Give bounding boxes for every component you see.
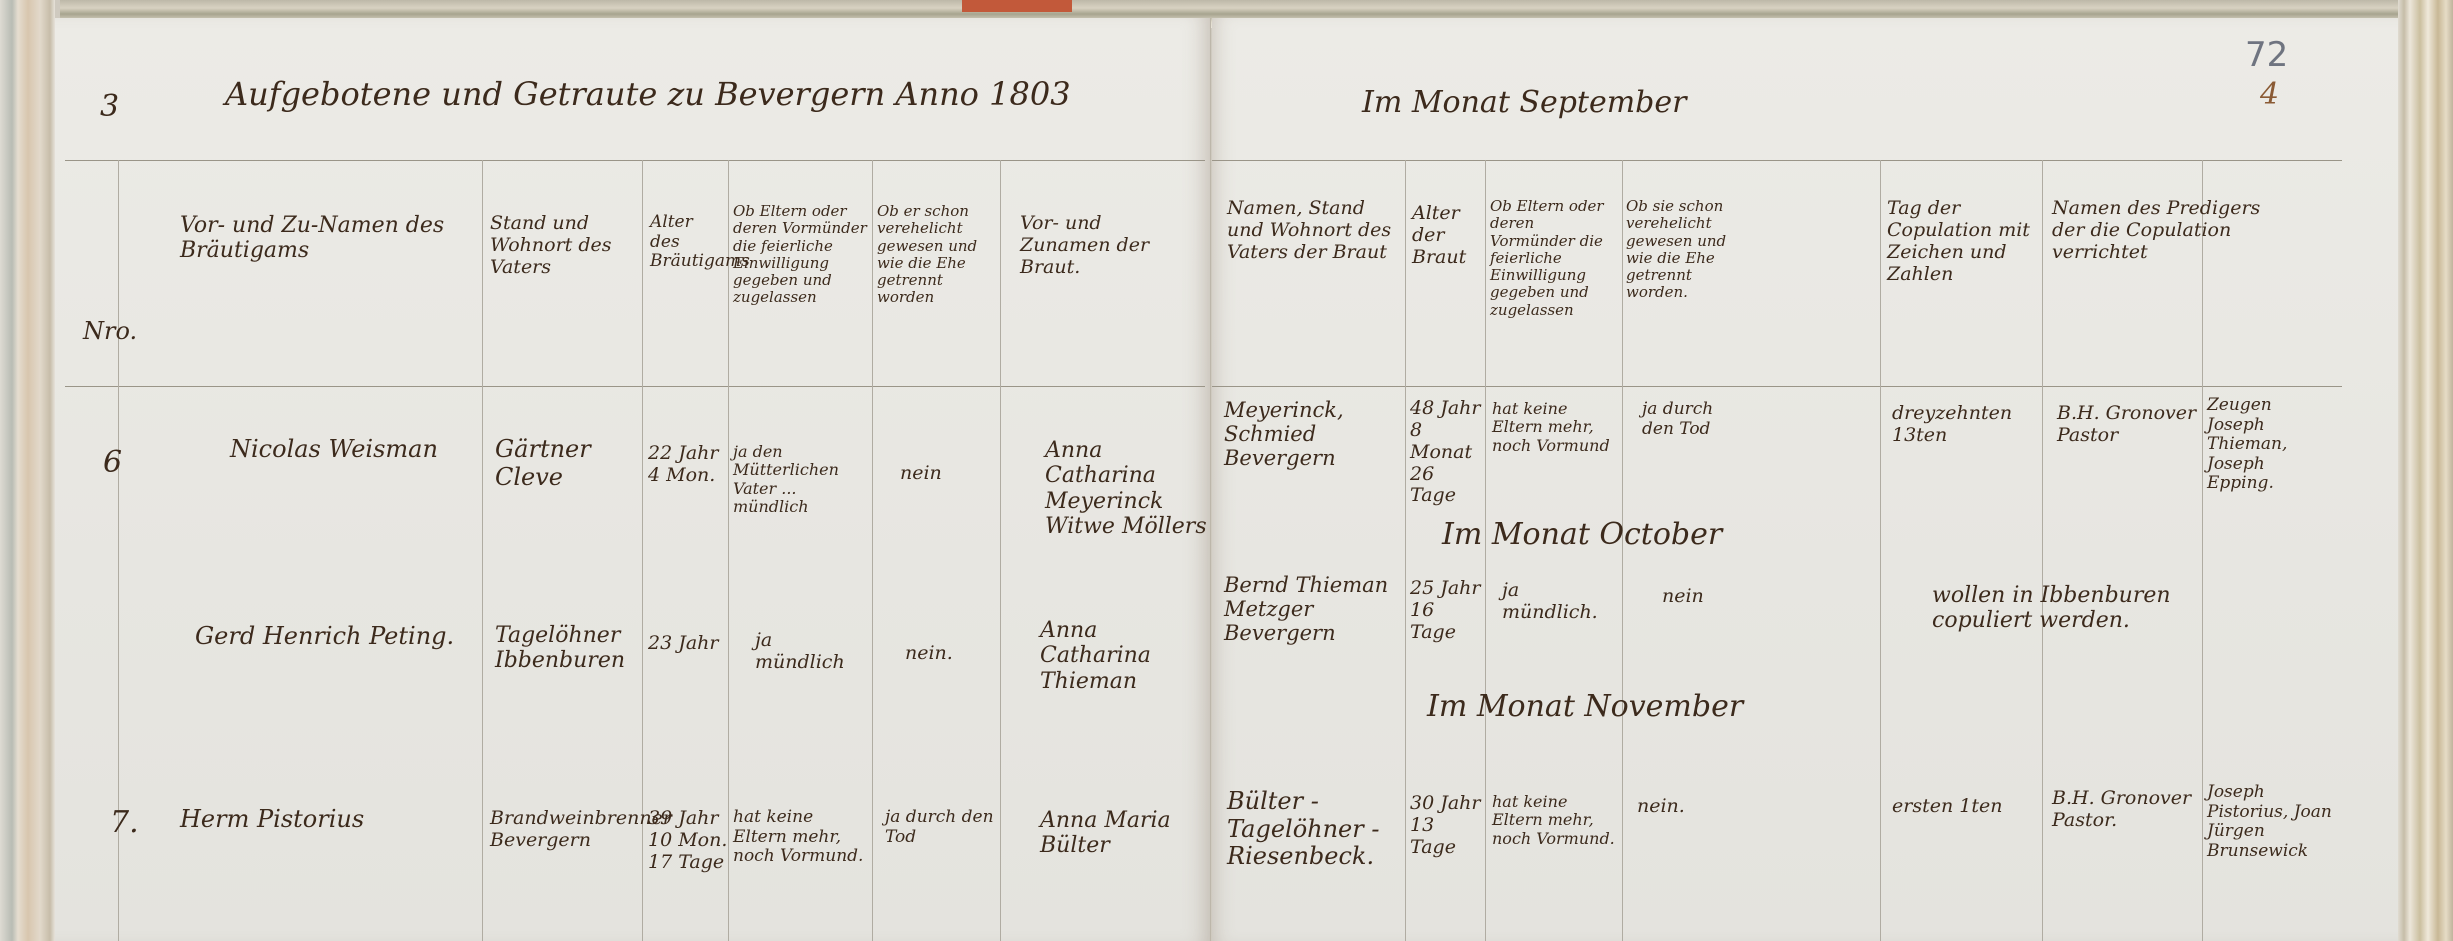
entry-father: Brandweinbrenner Bevergern <box>490 808 640 852</box>
entry-bride-father: Meyerinck, Schmied Bevergern <box>1224 398 1404 470</box>
right-page-number: 4 <box>2260 78 2279 113</box>
col-header-bride-father: Namen, Stand und Wohnort des Vaters der … <box>1227 198 1397 264</box>
entry-groom: Nicolas Weisman <box>230 436 470 464</box>
entry-priest: B.H. Gronover Pastor <box>2057 403 2197 447</box>
entry-groom-age: 39 Jahr 10 Mon. 17 Tage <box>648 808 728 874</box>
entry-consent: hat keine Eltern mehr, noch Vormund. <box>733 808 868 867</box>
entry-nro: 7. <box>110 806 139 841</box>
entry-bride-father: Bernd Thieman Metzger Bevergern <box>1224 573 1409 645</box>
entry-bride-consent: ja mündlich. <box>1502 580 1612 624</box>
entry-bride-prev-married: nein. <box>1637 796 1685 818</box>
column-divider <box>1405 160 1406 941</box>
entry-bride-consent: hat keine Eltern mehr, noch Vormund <box>1492 400 1620 455</box>
column-divider <box>1880 160 1881 941</box>
entry-father: Tagelöhner Ibbenburen <box>495 623 640 674</box>
col-header-father-status: Stand und Wohnort des Vaters <box>490 213 635 279</box>
column-divider <box>1000 160 1001 941</box>
entry-bride-prev-married: nein <box>1662 586 1704 608</box>
entry-priest: B.H. Gronover Pastor. <box>2052 788 2197 832</box>
col-header-bride-name: Vor- und Zunamen der Braut. <box>1020 213 1190 279</box>
col-header-bride-age: Alter der Braut <box>1412 203 1482 269</box>
column-divider <box>2202 160 2203 941</box>
book-left-edge <box>0 0 55 941</box>
col-header-groom-age: Alter des Bräutigams <box>650 213 725 272</box>
entry-bride: Anna Maria Bülter <box>1040 808 1205 859</box>
archive-folio-number: 72 <box>2245 36 2288 75</box>
entry-witnesses: Zeugen Joseph Thieman, Joseph Epping. <box>2207 396 2327 494</box>
header-top-rule <box>1212 160 2342 161</box>
entry-groom-prev-married: ja durch den Tod <box>885 808 995 847</box>
column-divider <box>482 160 483 941</box>
header-bottom-rule <box>65 386 1205 387</box>
entry-copulation-date: dreyzehnten 13ten <box>1892 403 2037 447</box>
col-header-nro: Nro. <box>83 318 137 346</box>
col-header-copulation-date: Tag der Copulation mit Zeichen und Zahle… <box>1887 198 2037 285</box>
column-divider <box>728 160 729 941</box>
col-header-bride-consent: Ob Eltern oder deren Vormünder die feier… <box>1490 198 1618 319</box>
entry-copulation-note: wollen in Ibbenburen copuliert werden. <box>1932 583 2232 634</box>
red-bookmark-tab <box>962 0 1072 12</box>
entry-groom-prev-married: nein. <box>905 643 953 665</box>
col-header-groom-name: Vor- und Zu-Namen des Bräutigams <box>180 213 470 264</box>
entry-copulation-date: ersten 1ten <box>1892 796 2037 818</box>
entry-bride-age: 30 Jahr 13 Tage <box>1410 793 1485 859</box>
entry-bride: Anna Catharina Meyerinck Witwe Möllers <box>1045 438 1210 539</box>
right-page: 72 4 Im Monat September Namen, Stand und… <box>1212 18 2398 941</box>
entry-bride-consent: hat keine Eltern mehr, noch Vormund. <box>1492 793 1620 848</box>
entry-groom: Gerd Henrich Peting. <box>195 623 465 651</box>
page-heading: Aufgebotene und Getraute zu Bevergern An… <box>225 76 1071 113</box>
left-page-number: 3 <box>100 90 119 125</box>
entry-consent: ja den Mütterlichen Vater ... mündlich <box>733 443 868 517</box>
col-header-prev-married: Ob er schon verehelicht gewesen und wie … <box>877 203 997 307</box>
entry-bride-age: 48 Jahr 8 Monat 26 Tage <box>1410 398 1485 507</box>
col-header-consent: Ob Eltern oder deren Vormünder die feier… <box>733 203 868 307</box>
month-heading-october: Im Monat October <box>1442 518 1722 553</box>
col-header-priest: Namen des Predigers der die Copulation v… <box>2052 198 2272 264</box>
entry-groom-age: 22 Jahr 4 Mon. <box>648 443 728 487</box>
entry-groom: Herm Pistorius <box>180 806 364 834</box>
column-divider <box>872 160 873 941</box>
entry-nro: 6 <box>103 446 122 481</box>
entry-consent: ja mündlich <box>755 630 865 674</box>
left-page: 3 Aufgebotene und Getraute zu Bevergern … <box>55 18 1211 941</box>
month-heading-november: Im Monat November <box>1427 690 1743 725</box>
header-top-rule <box>65 160 1205 161</box>
column-divider <box>2042 160 2043 941</box>
entry-bride-prev-married: ja durch den Tod <box>1642 400 1742 439</box>
entry-groom-prev-married: nein <box>900 463 942 485</box>
entry-groom-age: 23 Jahr <box>648 633 718 655</box>
entry-bride: Anna Catharina Thieman <box>1040 618 1205 694</box>
entry-father: Gärtner Cleve <box>495 436 640 491</box>
month-heading-september: Im Monat September <box>1362 86 1686 121</box>
entry-witnesses: Joseph Pistorius, Joan Jürgen Brunsewick <box>2207 783 2332 861</box>
header-bottom-rule <box>1212 386 2342 387</box>
entry-bride-age: 25 Jahr 16 Tage <box>1410 578 1485 644</box>
open-register-book: 3 Aufgebotene und Getraute zu Bevergern … <box>0 0 2453 941</box>
col-header-bride-prev-married: Ob sie schon verehelicht gewesen und wie… <box>1626 198 1746 302</box>
book-right-edge <box>2398 0 2453 941</box>
entry-bride-father: Bülter - Tagelöhner - Riesenbeck. <box>1227 788 1402 871</box>
